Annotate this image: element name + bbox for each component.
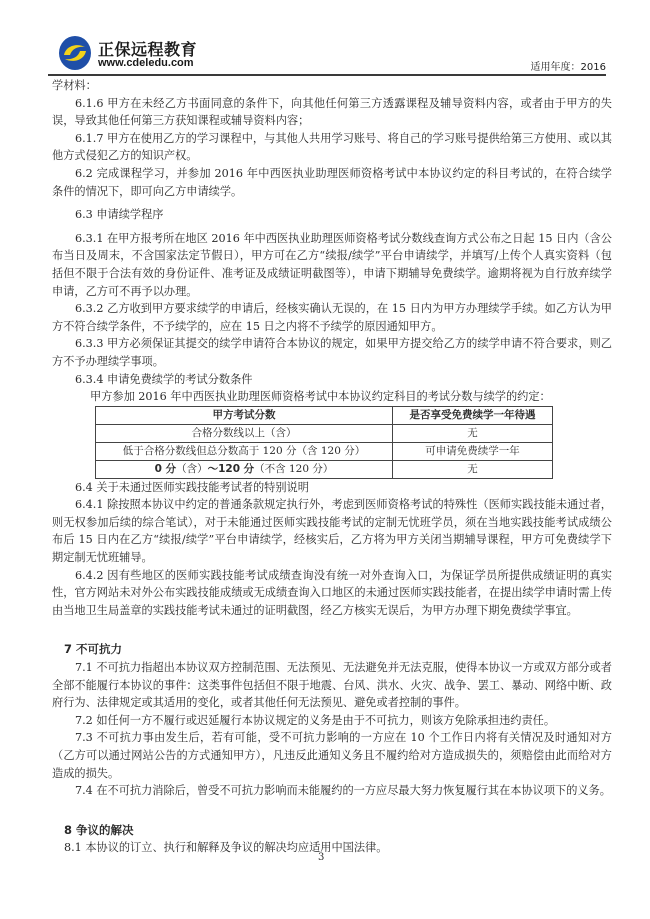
carryover-text: 学材料： <box>52 77 612 95</box>
applicable-year: 适用年度：2016 <box>531 58 606 73</box>
document-body: 学材料： 6.1.6 甲方在未经乙方书面同意的条件下，向其他任何第三方透露课程及… <box>52 77 612 857</box>
section-7-heading: 7 不可抗力 <box>52 641 612 659</box>
score-lower-bound: 0 分 <box>155 463 176 475</box>
score-exclusive-note: （不含 120 分） <box>254 463 333 475</box>
table-cell-score: 0 分（含）～120 分（不含 120 分） <box>96 460 393 478</box>
table-row: 0 分（含）～120 分（不含 120 分） 无 <box>96 460 553 478</box>
clause-6-3-2: 6.3.2 乙方收到甲方要求续学的申请后，经核实确认无误的，在 15 日内为甲方… <box>52 300 612 335</box>
table-row: 低于合格分数线但总分数高于 120 分（含 120 分） 可申请免费续学一年 <box>96 442 553 460</box>
section-8-heading: 8 争议的解决 <box>52 822 612 840</box>
table-cell-benefit: 无 <box>393 460 553 478</box>
clause-7-3: 7.3 不可抗力事由发生后，若有可能，受不可抗力影响的一方应在 10 个工作日内… <box>52 729 612 782</box>
company-logo-icon <box>58 35 92 71</box>
score-upper-bound: ～120 分 <box>208 463 255 475</box>
section-spacer <box>52 619 612 641</box>
page-number: 3 <box>318 852 324 863</box>
clause-6-3-3: 6.3.3 甲方必须保证其提交的续学申请符合本协议的规定，如果甲方提交给乙方的续… <box>52 335 612 370</box>
clause-7-4: 7.4 在不可抗力消除后，曾受不可抗力影响而未能履约的一方应尽最大努力恢复履行其… <box>52 782 612 800</box>
clause-6-3-4-intro: 甲方参加 2016 年中西医执业助理医师资格考试中本协议约定科目的考试分数与续学… <box>52 388 612 406</box>
clause-6-4-1: 6.4.1 除按照本协议中约定的普通条款规定执行外，考虑到医师资格考试的特殊性（… <box>52 496 612 566</box>
clause-6-4-heading: 6.4 关于未通过医师实践技能考试者的特别说明 <box>52 479 612 497</box>
table-cell-score: 合格分数线以上（含） <box>96 424 393 442</box>
clause-6-2: 6.2 完成课程学习，并参加 2016 年中西医执业助理医师资格考试中本协议约定… <box>52 165 612 200</box>
score-inclusive-note: （含） <box>176 463 208 475</box>
table-header-score: 甲方考试分数 <box>96 406 393 424</box>
table-cell-benefit: 可申请免费续学一年 <box>393 442 553 460</box>
clause-6-1-6: 6.1.6 甲方在未经乙方书面同意的条件下，向其他任何第三方透露课程及辅导资料内… <box>52 95 612 130</box>
clause-7-1: 7.1 不可抗力指超出本协议双方控制范围、无法预见、无法避免并无法克服，使得本协… <box>52 659 612 712</box>
clause-6-3-4: 6.3.4 申请免费续学的考试分数条件 <box>52 371 612 389</box>
document-page: 正保远程教育 www.cdeledu.com 适用年度：2016 学材料： 6.… <box>0 0 650 919</box>
clause-6-1-7: 6.1.7 甲方在使用乙方的学习课程中，与其他人共用学习账号、将自己的学习账号提… <box>52 130 612 165</box>
clause-6-3-1: 6.3.1 在甲方报考所在地区 2016 年中西医执业助理医师资格考试分数线查询… <box>52 230 612 300</box>
table-header-benefit: 是否享受免费续学一年待遇 <box>393 406 553 424</box>
brand-url: www.cdeledu.com <box>98 57 194 69</box>
clause-6-4-2: 6.4.2 因有些地区的医师实践技能考试成绩查询没有统一对外查询入口，为保证学员… <box>52 567 612 620</box>
clause-6-3-heading: 6.3 申请续学程序 <box>52 206 612 224</box>
clause-7-2: 7.2 如任何一方不履行或迟延履行本协议规定的义务是由于不可抗力，则该方免除承担… <box>52 712 612 730</box>
score-benefit-table: 甲方考试分数 是否享受免费续学一年待遇 合格分数线以上（含） 无 低于合格分数线… <box>95 406 553 479</box>
header-divider <box>48 74 606 76</box>
table-cell-benefit: 无 <box>393 424 553 442</box>
section-spacer <box>52 800 612 822</box>
page-header: 正保远程教育 www.cdeledu.com 适用年度：2016 <box>48 34 616 74</box>
table-header-row: 甲方考试分数 是否享受免费续学一年待遇 <box>96 406 553 424</box>
table-row: 合格分数线以上（含） 无 <box>96 424 553 442</box>
clause-8-1: 8.1 本协议的订立、执行和解释及争议的解决均应适用中国法律。 <box>52 839 612 857</box>
table-cell-score: 低于合格分数线但总分数高于 120 分（含 120 分） <box>96 442 393 460</box>
